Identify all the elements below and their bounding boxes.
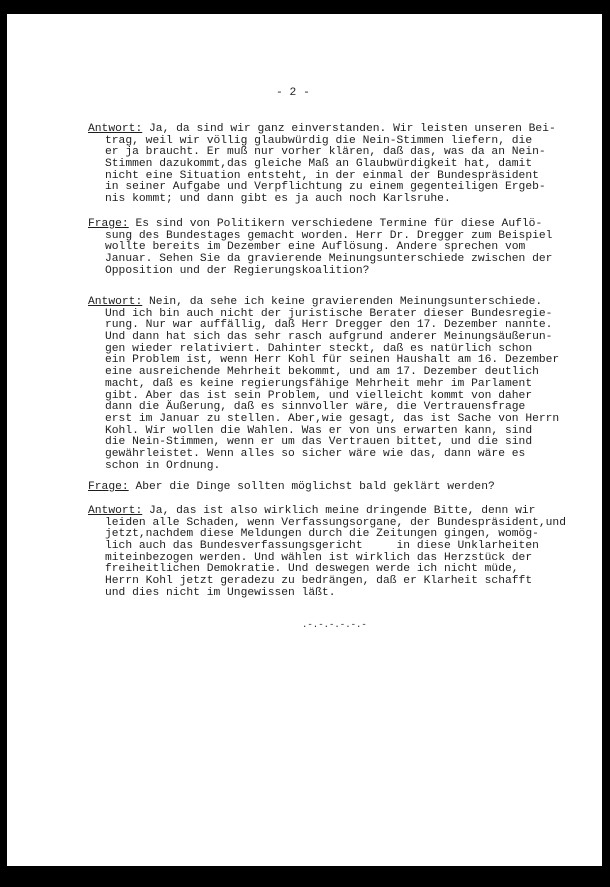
paragraph-line: nis kommt; und dann gibt es ja auch noch… (88, 194, 588, 206)
paragraph-text: Es sind von Politikern verschiedene Term… (129, 218, 543, 230)
paragraph-text: Ja, da sind wir ganz einverstanden. Wir … (142, 123, 556, 135)
answer-paragraph: Antwort: Nein, da sehe ich keine gravier… (88, 297, 588, 472)
paragraph-text: Aber die Dinge sollten möglichst bald ge… (129, 481, 495, 493)
speaker-label: Frage: (88, 218, 129, 230)
paragraph-line: Januar. Sehen Sie da gravierende Meinung… (88, 254, 588, 266)
paragraph-line: Antwort: Ja, da sind wir ganz einverstan… (88, 124, 588, 136)
paragraph-text: Ja, das ist also wirklich meine dringend… (142, 505, 535, 517)
paragraph-line: macht, daß es keine regierungsfähige Meh… (88, 379, 588, 391)
paragraph-line: Antwort: Nein, da sehe ich keine gravier… (88, 297, 588, 309)
paragraph-line: Antwort: Ja, das ist also wirklich meine… (88, 506, 588, 518)
paragraph-line: Stimmen dazukommt,das gleiche Maß an Gla… (88, 159, 588, 171)
paragraph-line: Frage: Es sind von Politikern verschiede… (88, 219, 588, 231)
question-paragraph: Frage: Es sind von Politikern verschiede… (88, 219, 588, 277)
end-marker: .-.-.-.-.-.- (302, 620, 367, 630)
speaker-label: Antwort: (88, 296, 142, 308)
answer-paragraph: Antwort: Ja, das ist also wirklich meine… (88, 506, 588, 600)
paragraph-line: Frage: Aber die Dinge sollten möglichst … (88, 482, 588, 494)
page-number: - 2 - (276, 87, 310, 99)
speaker-label: Antwort: (88, 123, 142, 135)
question-paragraph: Frage: Aber die Dinge sollten möglichst … (88, 482, 588, 494)
answer-paragraph: Antwort: Ja, da sind wir ganz einverstan… (88, 124, 588, 206)
speaker-label: Antwort: (88, 505, 142, 517)
paragraph-line: Und dann hat sich das sehr rasch aufgrun… (88, 332, 588, 344)
paragraph-line: Opposition und der Regierungskoalition? (88, 266, 588, 278)
speaker-label: Frage: (88, 481, 129, 493)
paragraph-line: erst im Januar zu stellen. Aber,wie gesa… (88, 414, 588, 426)
paragraph-line: lich auch das Bundesverfassungsgericht i… (88, 541, 588, 553)
paragraph-line: gewährleistet. Wenn alles so sicher wäre… (88, 449, 588, 461)
paragraph-line: und dies nicht im Ungewissen läßt. (88, 588, 588, 600)
paragraph-line: schon in Ordnung. (88, 461, 588, 473)
paragraph-text: Nein, da sehe ich keine gravierenden Mei… (142, 296, 542, 308)
